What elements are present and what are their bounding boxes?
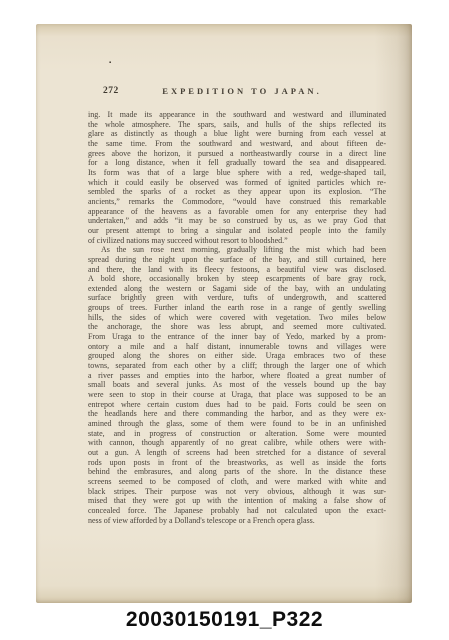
text-line: As the sun rose next morning, gradually … bbox=[88, 245, 386, 255]
text-line: screens seemed to be composed of cloth, … bbox=[88, 477, 386, 487]
text-line: sembled the sparks of a rocket as they a… bbox=[88, 187, 386, 197]
text-line: small boats and several junks. As most o… bbox=[88, 380, 386, 390]
text-line: out a gun. A length of screens had been … bbox=[88, 448, 386, 458]
catalog-label: 20030150191_P322 bbox=[0, 608, 449, 632]
text-line: black stripes. Their purpose was not ver… bbox=[88, 487, 386, 497]
text-line: glare as distinctly as though a blue lig… bbox=[88, 129, 386, 139]
printers-mark-icon: ▪ bbox=[109, 60, 111, 66]
text-line: with cannon, though apparently of no gre… bbox=[88, 438, 386, 448]
text-line: groups of trees. Further inland the eart… bbox=[88, 303, 386, 313]
text-line: undertaken,” and adds “it may be so cons… bbox=[88, 216, 386, 226]
text-line: surface brightly green with verdure, tuf… bbox=[88, 293, 386, 303]
text-line: behind the embrasures, and along parts o… bbox=[88, 467, 386, 477]
body-text: ing. It made its appearance in the south… bbox=[88, 110, 386, 525]
text-line: hills, the sides of which were covered w… bbox=[88, 313, 386, 323]
scan-canvas: ▪ 272 EXPEDITION TO JAPAN. ing. It made … bbox=[0, 0, 449, 640]
text-line: a river passes and empties into the harb… bbox=[88, 371, 386, 381]
running-title: EXPEDITION TO JAPAN. bbox=[88, 86, 386, 96]
text-line: amined through the glass, some of them w… bbox=[88, 419, 386, 429]
text-line: and there, the land with its fleecy fest… bbox=[88, 265, 386, 275]
text-line: the whole atmosphere. The spars, sails, … bbox=[88, 120, 386, 130]
text-line: grouped along the shores on either side.… bbox=[88, 351, 386, 361]
text-line: towns, separated from each other by a cl… bbox=[88, 361, 386, 371]
text-line: grees above the horizon, it pursued a no… bbox=[88, 149, 386, 159]
text-line: state, and in progress of construction o… bbox=[88, 429, 386, 439]
text-line: the same time. From the southward and we… bbox=[88, 139, 386, 149]
text-line: our present attempt to bring a singular … bbox=[88, 226, 386, 236]
text-line: which it could easily be observed was fo… bbox=[88, 178, 386, 188]
text-line: entrepot where certain custom dues had t… bbox=[88, 400, 386, 410]
text-line: were seen to stop in their course at Ura… bbox=[88, 390, 386, 400]
text-line: ing. It made its appearance in the south… bbox=[88, 110, 386, 120]
book-page: ▪ 272 EXPEDITION TO JAPAN. ing. It made … bbox=[36, 24, 412, 603]
page-number: 272 bbox=[103, 86, 119, 96]
text-line: rods upon posts in front of the breastwo… bbox=[88, 458, 386, 468]
running-head: 272 EXPEDITION TO JAPAN. bbox=[88, 86, 386, 100]
text-line: mised that they were got up with the int… bbox=[88, 496, 386, 506]
text-line: A bold shore, occasionally broken by ste… bbox=[88, 274, 386, 284]
text-line: appearance of the heavens as a favorable… bbox=[88, 207, 386, 217]
text-line: of civilized nations may succeed without… bbox=[88, 236, 386, 246]
text-line: From Uraga to the entrance of the inner … bbox=[88, 332, 386, 342]
text-line: for a long distance, when it fell gradua… bbox=[88, 158, 386, 168]
text-line: concealed force. The Japanese probably h… bbox=[88, 506, 386, 516]
text-line: the anchorage, the shore was less abrupt… bbox=[88, 322, 386, 332]
text-line: ness of view afforded by a Dolland's tel… bbox=[88, 516, 386, 526]
text-line: Its form was that of a large blue sphere… bbox=[88, 168, 386, 178]
text-line: spread during the night upon the surface… bbox=[88, 255, 386, 265]
text-line: ancients,” remarks the Commodore, “would… bbox=[88, 197, 386, 207]
text-line: ontory a mile and a half distant, innume… bbox=[88, 342, 386, 352]
text-line: extended along the western or Sagami sid… bbox=[88, 284, 386, 294]
text-line: the headlands here and there commanding … bbox=[88, 409, 386, 419]
